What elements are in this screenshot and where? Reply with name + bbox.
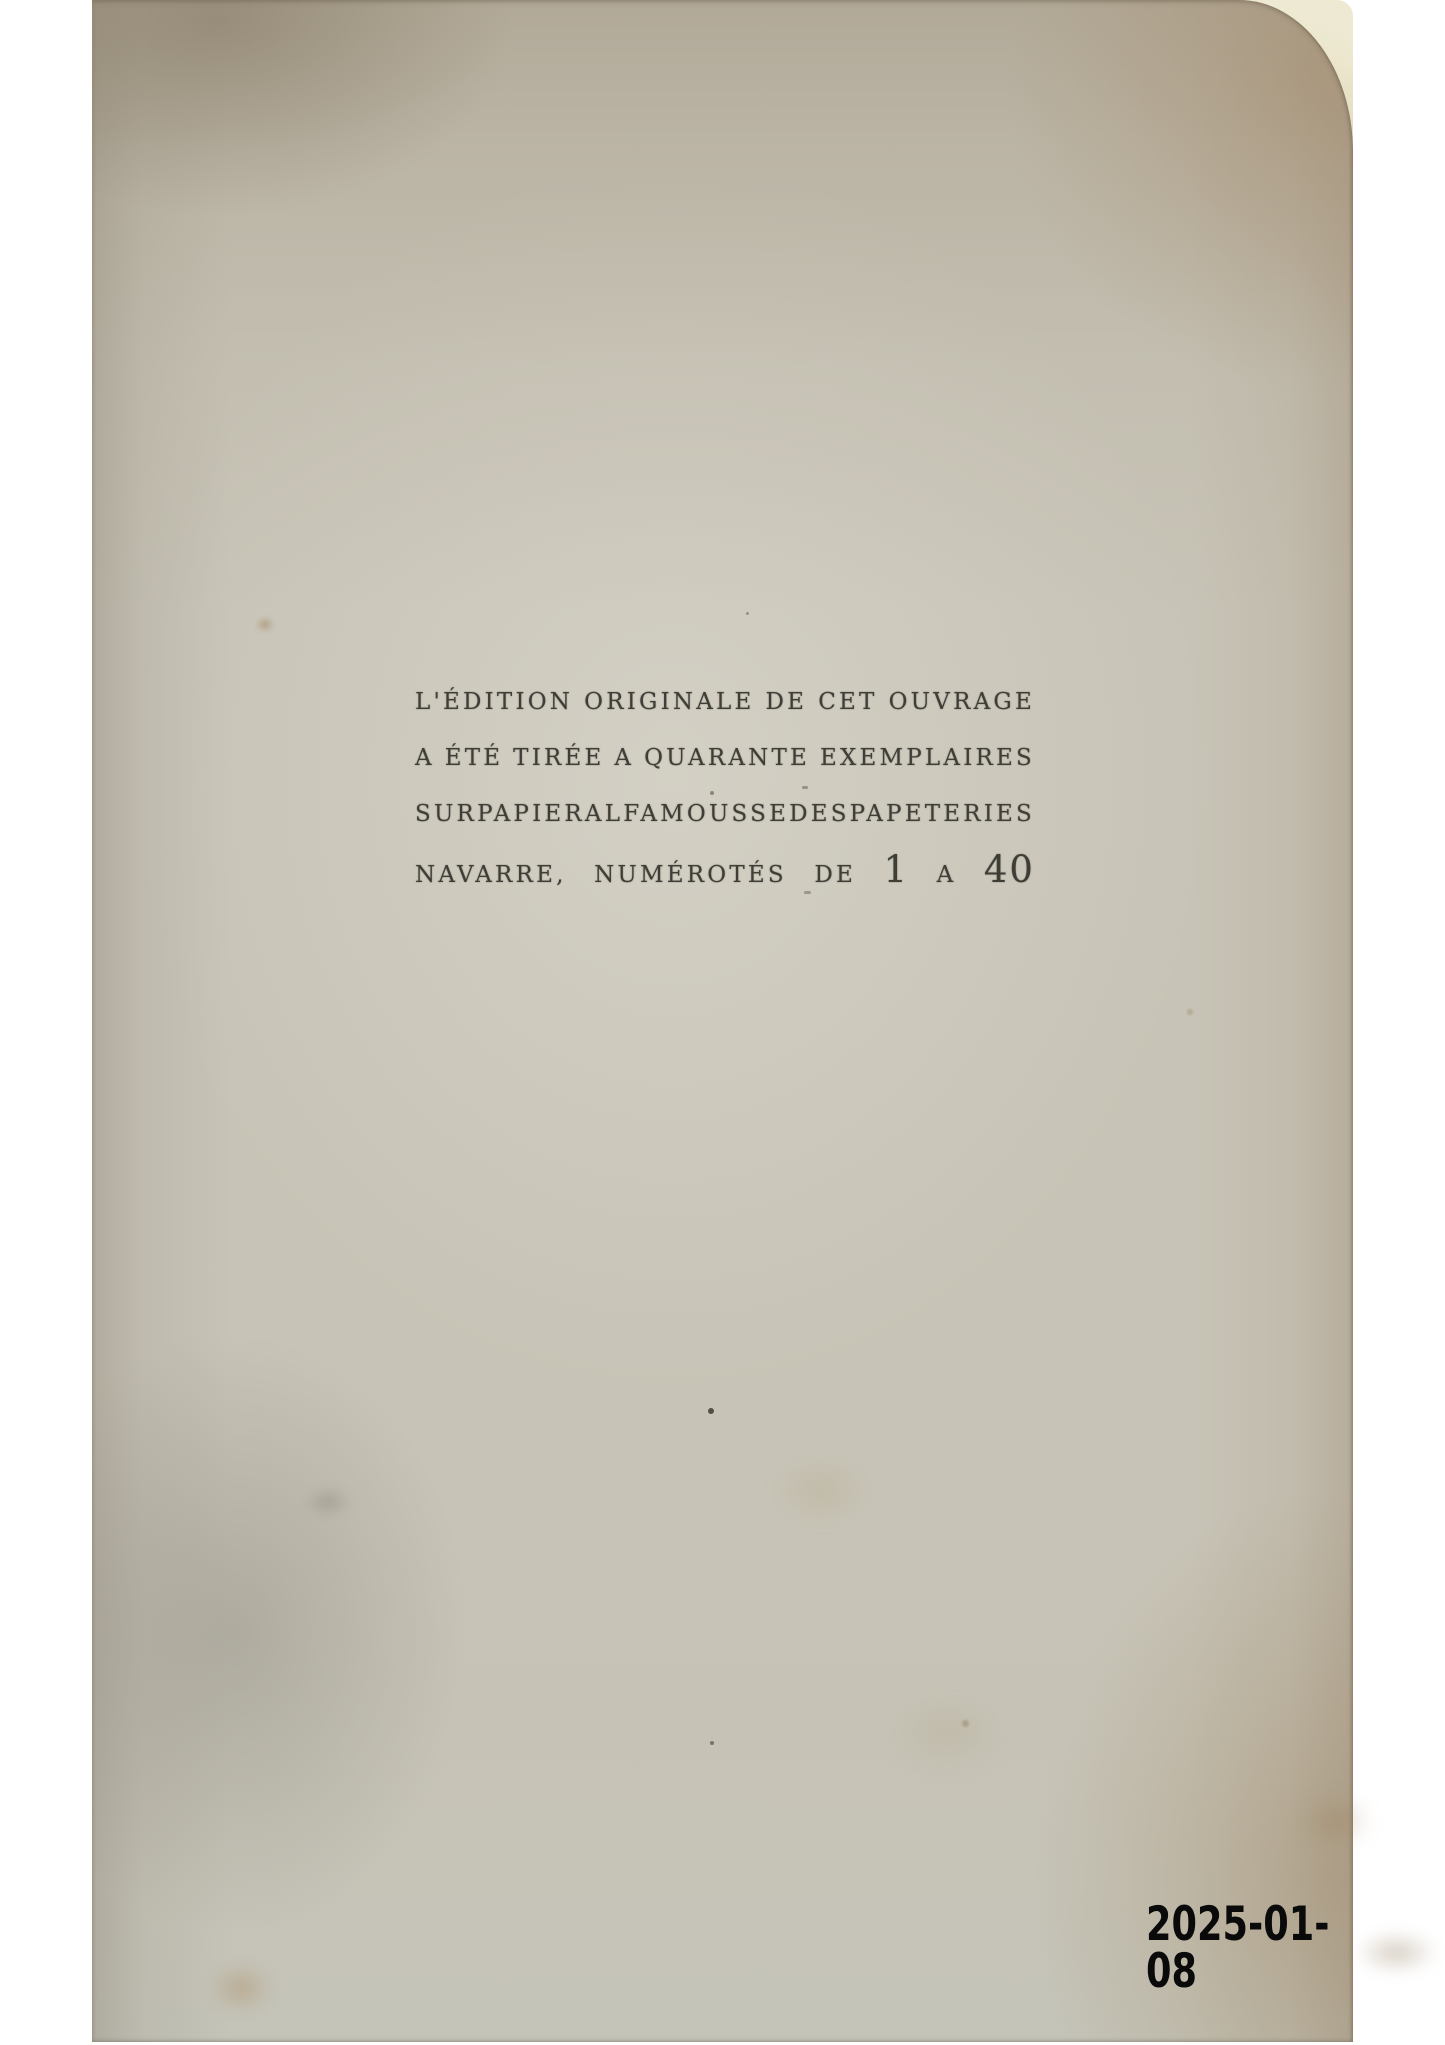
photo-background: L'ÉDITION ORIGINALE DE CET OUVRAGE A ÉTÉ…	[0, 0, 1445, 2045]
colophon-word: L'ÉDITION	[415, 674, 573, 730]
colophon-word: PAPIER	[477, 786, 585, 842]
ink-speck	[708, 1408, 714, 1414]
colophon-word: OUVRAGE	[889, 674, 1035, 730]
colophon-word: ÉTÉ	[445, 730, 504, 786]
colophon-word: NAVARRE,	[415, 847, 567, 903]
foxing-stain	[1297, 1795, 1372, 1847]
colophon-text-block: L'ÉDITION ORIGINALE DE CET OUVRAGE A ÉTÉ…	[415, 674, 1035, 898]
colophon-word: MOUSSE	[660, 786, 789, 842]
smudge-stain	[305, 1487, 351, 1517]
colophon-word: CET	[818, 674, 877, 730]
colophon-line-3: SUR PAPIER ALFA MOUSSE DES PAPETERIES	[415, 786, 1035, 842]
colophon-word: ALFA	[585, 786, 660, 842]
faint-stain	[882, 1690, 1012, 1775]
colophon-word: A	[937, 847, 957, 903]
ink-speck	[746, 612, 749, 615]
limitation-number-end: 40	[984, 842, 1035, 898]
colophon-word: EXEMPLAIRES	[820, 730, 1035, 786]
colophon-line-1: L'ÉDITION ORIGINALE DE CET OUVRAGE	[415, 674, 1035, 730]
colophon-line-4: NAVARRE, NUMÉROTÉS DE 1 A 40	[415, 842, 1035, 898]
faint-stain	[774, 1458, 869, 1523]
colophon-word: DE	[814, 847, 856, 903]
colophon-line-2: A ÉTÉ TIRÉE A QUARANTE EXEMPLAIRES	[415, 730, 1035, 786]
colophon-word: SUR	[415, 786, 477, 842]
colophon-word: DES	[789, 786, 850, 842]
date-stamp: 2025-01-08	[1146, 1901, 1379, 1995]
colophon-word: DE	[766, 674, 808, 730]
foxing-spot	[255, 616, 275, 633]
colophon-word: TIRÉE	[513, 730, 604, 786]
colophon-word: PAPETERIES	[850, 786, 1035, 842]
limitation-number-start: 1	[884, 842, 910, 898]
ink-speck	[710, 1741, 714, 1745]
colophon-word: ORIGINALE	[584, 674, 754, 730]
colophon-word: QUARANTE	[644, 730, 810, 786]
ink-speck	[962, 1720, 969, 1727]
ink-speck	[1187, 1009, 1193, 1015]
colophon-word: A	[415, 730, 435, 786]
colophon-word: NUMÉROTÉS	[594, 847, 787, 903]
colophon-word: A	[614, 730, 634, 786]
foxing-stain	[209, 1962, 273, 2014]
book-page	[92, 0, 1353, 2042]
